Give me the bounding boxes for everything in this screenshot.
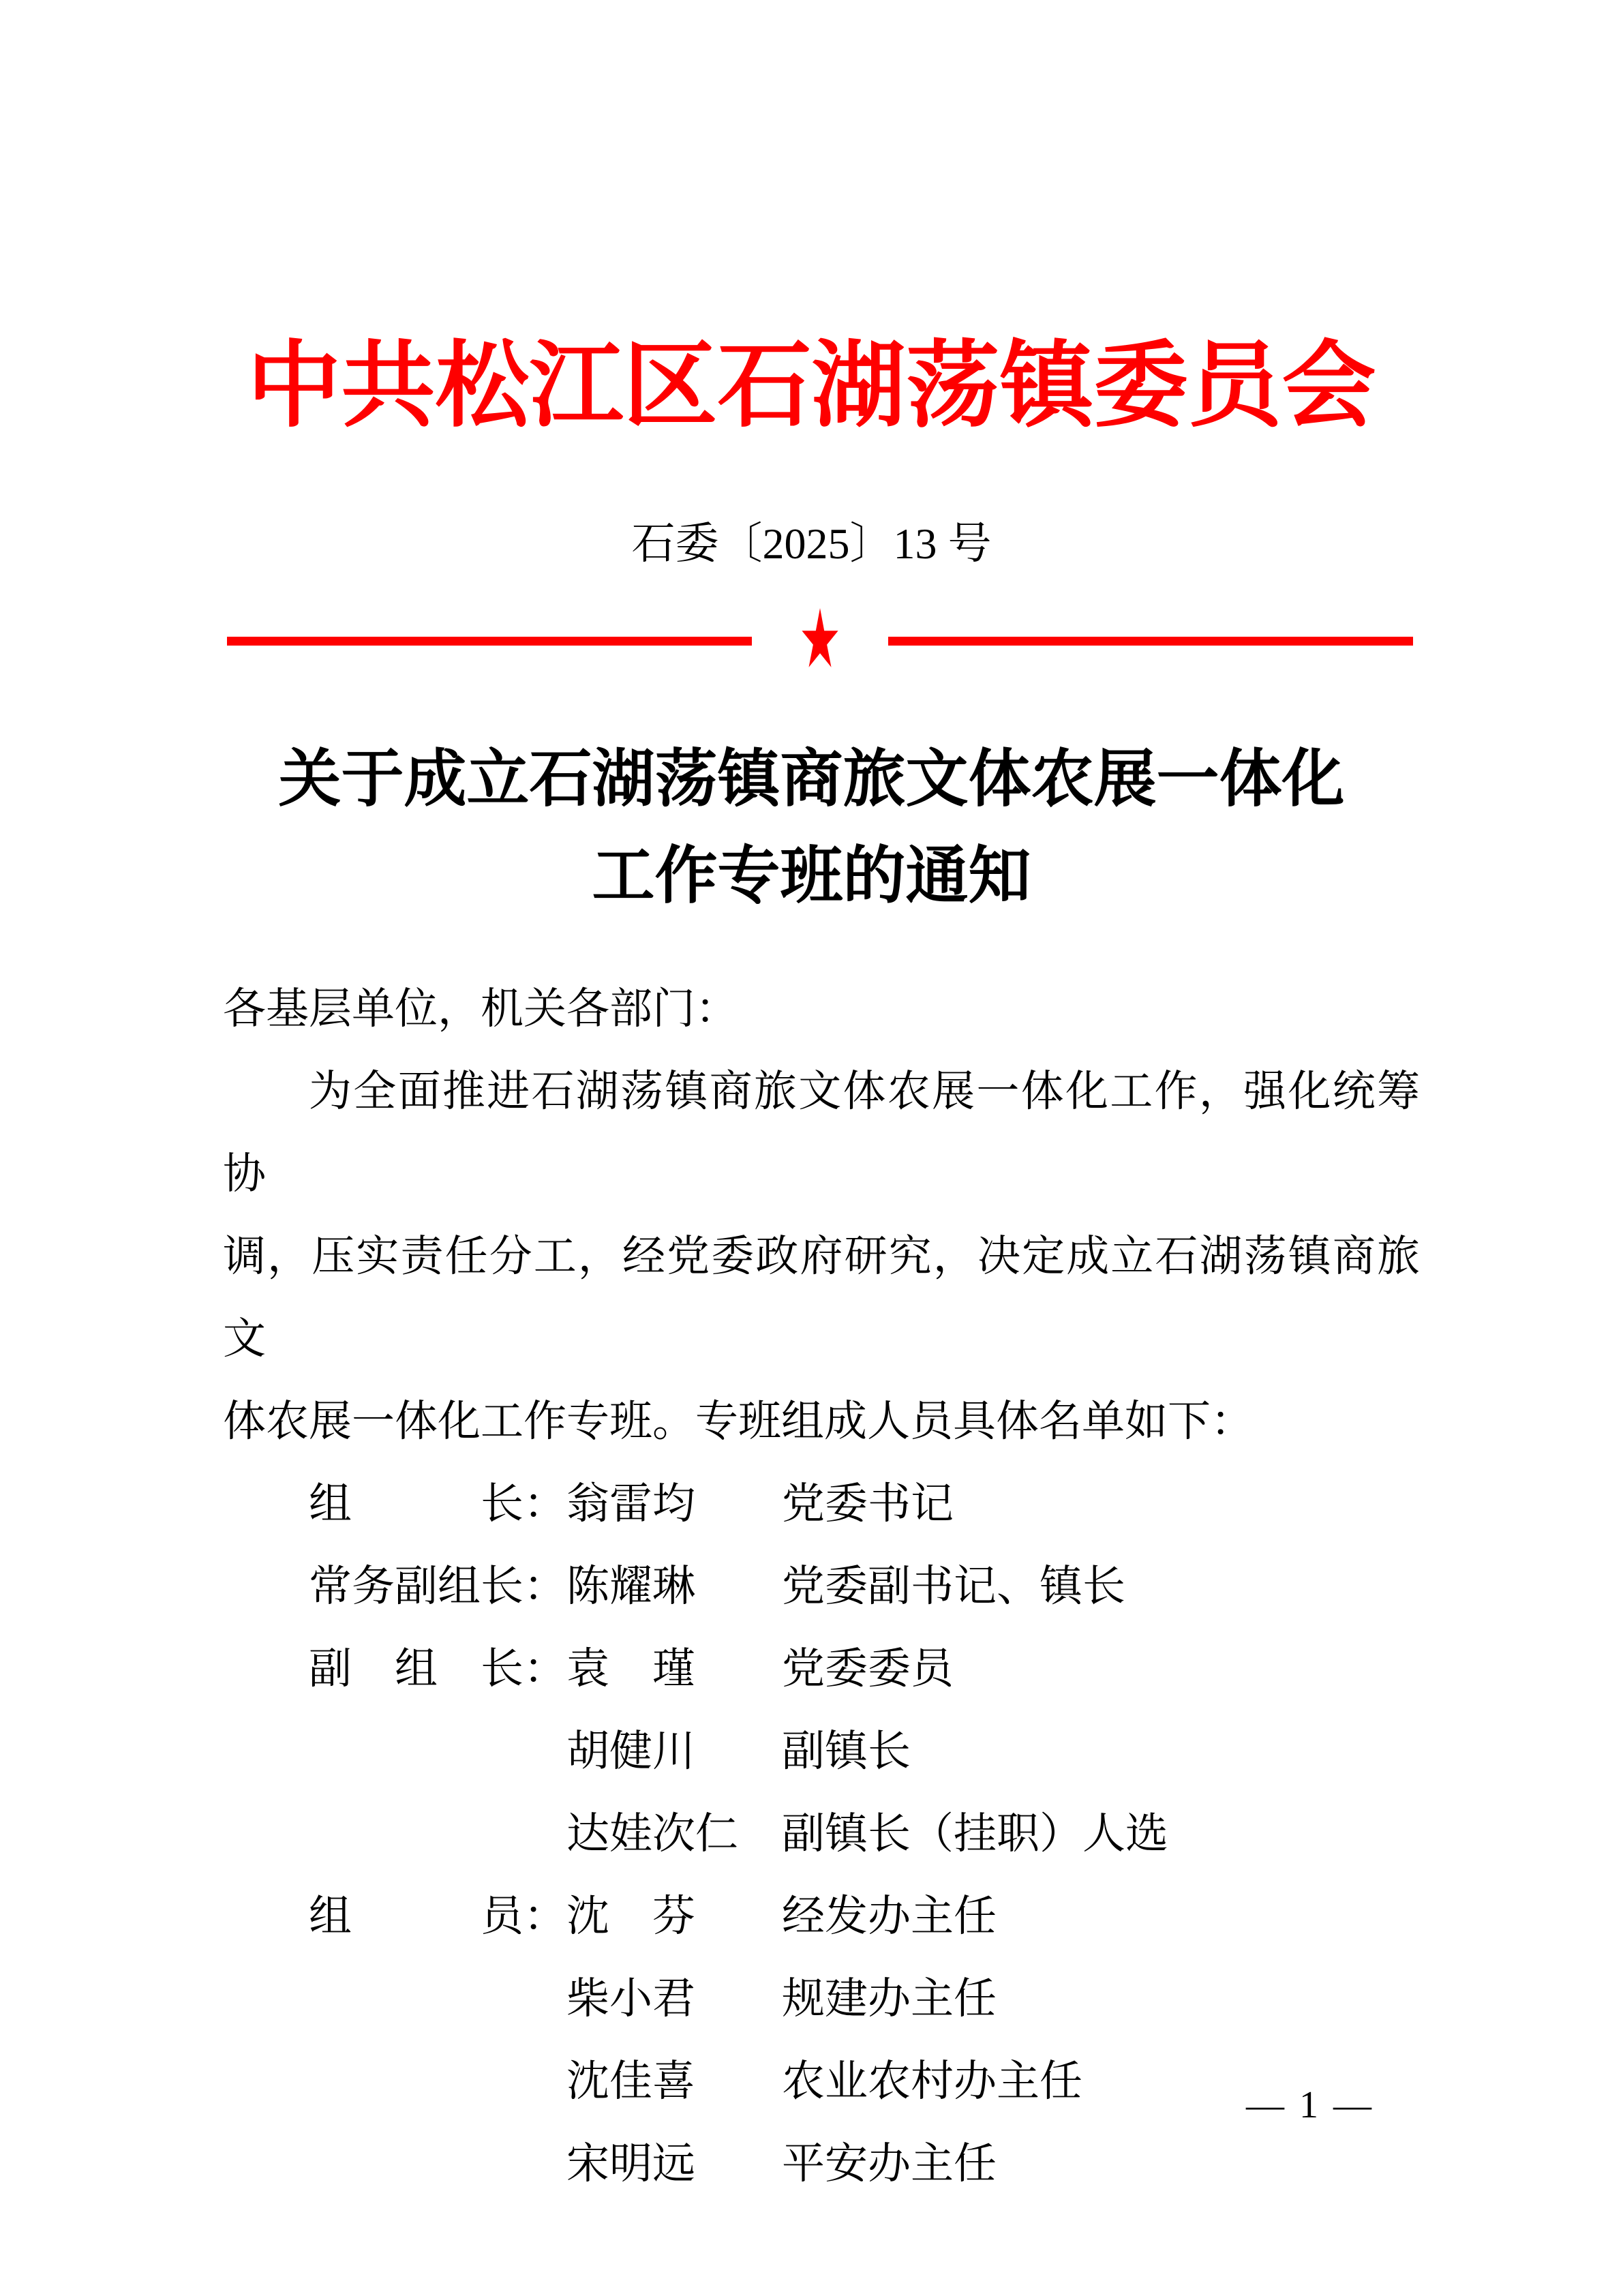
roster-role xyxy=(309,1793,524,1875)
roster-row: 宋明远 平安办主任 xyxy=(309,2123,1420,2205)
roster-role xyxy=(309,1958,524,2040)
doc-title: 关于成立石湖荡镇商旅文体农展一体化 工作专班的通知 xyxy=(0,731,1623,924)
roster-role: 组员 xyxy=(309,1875,524,1958)
document-page: 中共松江区石湖荡镇委员会 石委〔2025〕13 号 关于成立石湖荡镇商旅文体农展… xyxy=(0,0,1623,2296)
roster-name: 陈耀琳 xyxy=(566,1545,782,1628)
roster-name: 胡健川 xyxy=(566,1710,782,1793)
roster-name: 达娃次仁 xyxy=(566,1793,782,1875)
roster-title: 平安办主任 xyxy=(782,2123,1420,2205)
roster-title: 经发办主任 xyxy=(782,1875,1420,1958)
roster-title: 党委书记 xyxy=(782,1463,1420,1545)
star-icon xyxy=(800,607,840,675)
roster-colon xyxy=(524,1793,566,1875)
roster-role: 组长 xyxy=(309,1463,524,1545)
document-body: 各基层单位，机关各部门： 为全面推进石湖荡镇商旅文体农展一体化工作，强化统筹协 … xyxy=(223,968,1420,2205)
roster-name: 翁雷均 xyxy=(566,1463,782,1545)
org-name-header: 中共松江区石湖荡镇委员会 xyxy=(0,334,1623,440)
roster-colon xyxy=(524,1958,566,2040)
roster-row: 胡健川 副镇长 xyxy=(309,1710,1420,1793)
roster-name: 袁 瑾 xyxy=(566,1628,782,1710)
salutation: 各基层单位，机关各部门： xyxy=(223,968,1420,1051)
page-number: — 1 — xyxy=(1246,2083,1374,2127)
roster-row: 组员 ： 沈 芬 经发办主任 xyxy=(309,1875,1420,1958)
roster-row: 常务副组长 ： 陈耀琳 党委副书记、镇长 xyxy=(309,1545,1420,1628)
roster-title: 副镇长 xyxy=(782,1710,1420,1793)
roster-title: 副镇长（挂职）人选 xyxy=(782,1793,1420,1875)
red-rule-right xyxy=(888,637,1413,646)
roster-role xyxy=(309,2123,524,2205)
roster-role xyxy=(309,2040,524,2123)
roster-role: 常务副组长 xyxy=(309,1545,524,1628)
roster-role xyxy=(309,1710,524,1793)
roster-name: 宋明远 xyxy=(566,2123,782,2205)
roster-colon xyxy=(524,2040,566,2123)
roster-colon: ： xyxy=(524,1628,566,1710)
roster-title: 规建办主任 xyxy=(782,1958,1420,2040)
roster-colon xyxy=(524,1710,566,1793)
roster-colon xyxy=(524,2123,566,2205)
doc-number: 石委〔2025〕13 号 xyxy=(0,518,1623,571)
doc-title-line-2: 工作专班的通知 xyxy=(0,828,1623,924)
red-separator xyxy=(227,605,1413,676)
roster-name: 沈 芬 xyxy=(566,1875,782,1958)
red-rule-left xyxy=(227,637,752,646)
roster-row: 组长 ： 翁雷均 党委书记 xyxy=(309,1463,1420,1545)
doc-title-line-1: 关于成立石湖荡镇商旅文体农展一体化 xyxy=(0,731,1623,828)
roster-title: 党委委员 xyxy=(782,1628,1420,1710)
roster-name: 沈佳喜 xyxy=(566,2040,782,2123)
roster-title: 党委副书记、镇长 xyxy=(782,1545,1420,1628)
roster-colon: ： xyxy=(524,1463,566,1545)
roster-row: 柴小君 规建办主任 xyxy=(309,1958,1420,2040)
paragraph-line: 为全面推进石湖荡镇商旅文体农展一体化工作，强化统筹协 xyxy=(223,1051,1420,1215)
roster-name: 柴小君 xyxy=(566,1958,782,2040)
roster-row: 副组长 ： 袁 瑾 党委委员 xyxy=(309,1628,1420,1710)
roster-role: 副组长 xyxy=(309,1628,524,1710)
paragraph-line: 体农展一体化工作专班。专班组成人员具体名单如下： xyxy=(223,1380,1420,1463)
roster-row: 达娃次仁 副镇长（挂职）人选 xyxy=(309,1793,1420,1875)
roster-colon: ： xyxy=(524,1545,566,1628)
paragraph-line: 调，压实责任分工，经党委政府研究，决定成立石湖荡镇商旅文 xyxy=(223,1215,1420,1380)
roster-colon: ： xyxy=(524,1875,566,1958)
